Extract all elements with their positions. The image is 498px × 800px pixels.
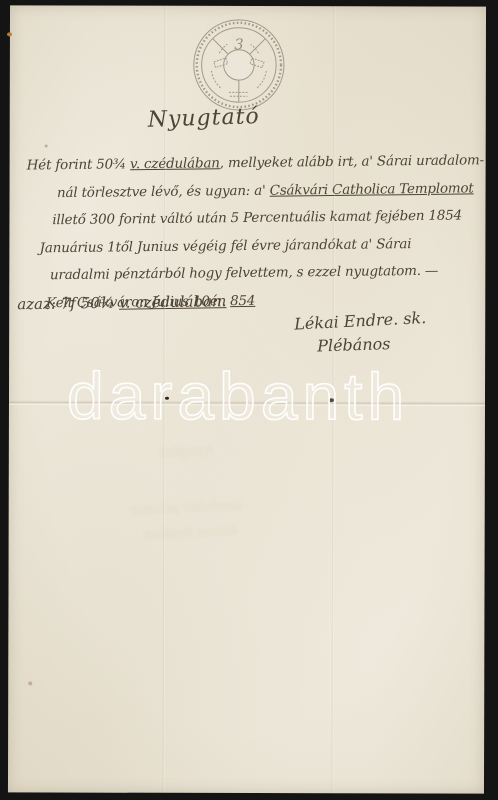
ink-speck xyxy=(45,144,48,147)
handwritten-text-segment: illető 300 forint váltó után 5 Percentuá… xyxy=(52,208,462,229)
handwritten-text-segment: Hét forint 50¾ xyxy=(27,156,131,173)
pinhole-speck xyxy=(329,398,334,402)
handwritten-text-segment: , mellyeket alább irt, a' Sárai uradalom… xyxy=(220,152,484,171)
bleed-through-text: uradalmi pénztár xyxy=(128,498,242,519)
handwritten-text-segment: v. czédulában. xyxy=(119,292,227,312)
handwritten-line: Hét forint 50¾ v. czédulában, mellyeket … xyxy=(27,147,479,180)
handwritten-text-segment: 854 xyxy=(230,292,255,308)
stamp-value: 3 xyxy=(234,36,243,53)
ink-speck xyxy=(28,681,32,685)
handwritten-text-segment: v. czédulában xyxy=(130,155,220,172)
document-body: Hét forint 50¾ v. czédulában, mellyeket … xyxy=(9,147,481,317)
handwritten-text-segment: Januárius 1től Junius végéig fél évre já… xyxy=(40,236,412,256)
bleed-through-text: nyugtat xyxy=(158,442,213,461)
horizontal-fold-crease xyxy=(9,400,485,406)
pinhole-speck xyxy=(165,397,169,400)
handwritten-text-segment: Csákvári Catholica Templomot xyxy=(270,180,474,198)
darabanth-watermark: darabanth xyxy=(67,358,409,435)
handwritten-line: uradalmi pénztárból hogy felvettem, s ez… xyxy=(50,257,480,289)
edge-stain xyxy=(7,32,12,36)
handwritten-line: illető 300 forint váltó után 5 Percentuá… xyxy=(52,202,479,234)
bleed-through-text: kamat fejében xyxy=(143,524,237,544)
document-paper: 3 Nyugtató Hét forint 50¾ v. czédulában,… xyxy=(8,5,486,793)
handwritten-text-segment: uradalmi pénztárból hogy felvettem, s ez… xyxy=(50,263,438,283)
handwritten-text-segment: azaz: 7f 50¾ xyxy=(17,294,119,314)
photo-background: 3 Nyugtató Hét forint 50¾ v. czédulában,… xyxy=(0,0,498,800)
revenue-stamp-icon: 3 xyxy=(190,14,288,112)
amount-line: azaz: 7f 50¾ v. czédulában. xyxy=(17,292,226,313)
signature-title: Plébános xyxy=(317,334,391,355)
